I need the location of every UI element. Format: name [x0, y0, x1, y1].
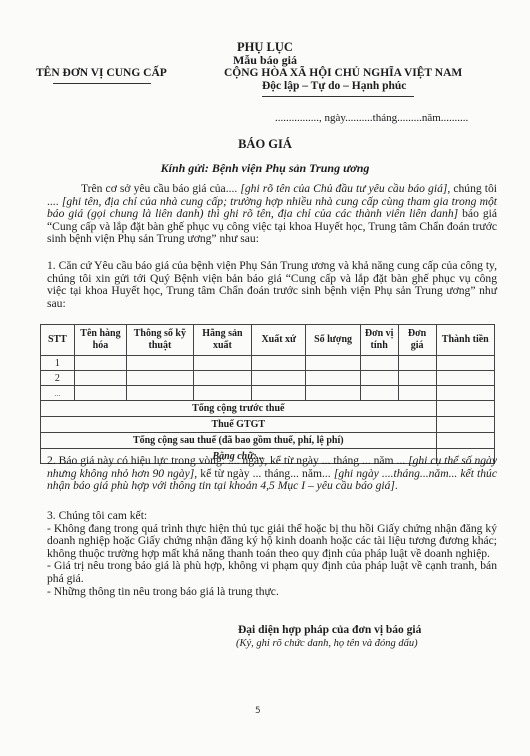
cell — [360, 386, 398, 401]
table-row: 2 — [41, 371, 495, 386]
document-title: BÁO GIÁ — [0, 137, 530, 152]
supplier-unit-label: TÊN ĐƠN VỊ CUNG CẤP — [36, 67, 167, 79]
intro-text-1: Trên cơ sở yêu cầu báo giá của.... — [81, 182, 240, 195]
cell — [252, 371, 306, 386]
date-line: ................, ngày..........tháng...… — [275, 112, 468, 124]
col-header-origin: Xuất xứ — [252, 325, 306, 356]
underline-divider — [53, 83, 151, 84]
validity-text-2: , kể từ ngày ... tháng... năm... — [194, 467, 334, 480]
col-header-item-name: Tên hàng hóa — [74, 325, 126, 356]
total-after-tax-label: Tổng cộng sau thuế (đã bao gồm thuế, phí… — [41, 433, 437, 449]
cell — [360, 371, 398, 386]
commitment-item: - Giá trị nêu trong báo giá là phù hợp, … — [47, 560, 497, 585]
vat-value — [436, 417, 494, 433]
cell — [398, 386, 436, 401]
col-header-manufacturer: Hãng sản xuất — [193, 325, 251, 356]
underline-divider — [262, 96, 414, 97]
recipient-line: Kính gửi: Bệnh viện Phụ sản Trung ương — [0, 161, 530, 176]
page-number: 5 — [255, 706, 261, 716]
signature-note: (Ký, ghi rõ chức danh, họ tên và đóng dấ… — [236, 638, 418, 649]
national-motto: Độc lập – Tự do – Hạnh phúc — [262, 80, 406, 92]
row-stt: ... — [41, 386, 75, 401]
total-after-tax-row: Tổng cộng sau thuế (đã bao gồm thuế, phí… — [41, 433, 495, 449]
cell — [306, 386, 360, 401]
cell — [193, 356, 251, 371]
col-header-stt: STT — [41, 325, 75, 356]
col-header-quantity: Số lượng — [306, 325, 360, 356]
validity-text-3: . — [395, 479, 398, 492]
col-header-unit-price: Đơn giá — [398, 325, 436, 356]
cell — [193, 386, 251, 401]
section-1-paragraph: 1. Căn cứ Yêu cầu báo giá của bệnh viện … — [47, 260, 497, 310]
cell — [252, 386, 306, 401]
intro-paragraph: Trên cơ sở yêu cầu báo giá của.... [ghi … — [47, 183, 497, 246]
cell — [193, 371, 251, 386]
commitments-heading: 3. Chúng tôi cam kết: — [47, 510, 497, 523]
cell — [306, 371, 360, 386]
cell — [252, 356, 306, 371]
row-stt: 1 — [41, 356, 75, 371]
cell — [74, 371, 126, 386]
table-row: 1 — [41, 356, 495, 371]
vat-label: Thuế GTGT — [41, 417, 437, 433]
cell — [74, 386, 126, 401]
total-before-tax-label: Tổng cộng trước thuế — [41, 401, 437, 417]
table-header-row: STT Tên hàng hóa Thông số kỹ thuật Hãng … — [41, 325, 495, 356]
col-header-specs: Thông số kỹ thuật — [127, 325, 194, 356]
intro-placeholder-1: [ghi rõ tên của Chủ đầu tư yêu cầu báo g… — [240, 182, 447, 195]
validity-text-1: 2. Báo giá này có hiệu lực trong vòng: .… — [47, 454, 408, 467]
form-name: Mẫu báo giá — [190, 53, 340, 68]
cell — [127, 356, 194, 371]
total-before-tax-row: Tổng cộng trước thuế — [41, 401, 495, 417]
section-3-commitments: 3. Chúng tôi cam kết: - Không đang trong… — [47, 510, 497, 598]
cell — [398, 356, 436, 371]
cell — [398, 371, 436, 386]
cell — [127, 386, 194, 401]
signature-title: Đại diện hợp pháp của đơn vị báo giá — [238, 624, 421, 636]
col-header-amount: Thành tiền — [436, 325, 494, 356]
commitment-item: - Những thông tin nêu trong báo giá là t… — [47, 586, 497, 599]
col-header-unit: Đơn vị tính — [360, 325, 398, 356]
quote-table: STT Tên hàng hóa Thông số kỹ thuật Hãng … — [40, 324, 495, 464]
vat-row: Thuế GTGT — [41, 417, 495, 433]
total-before-tax-value — [436, 401, 494, 417]
commitment-item: - Không đang trong quá trình thực hiện t… — [47, 523, 497, 561]
cell — [360, 356, 398, 371]
table-row: ... — [41, 386, 495, 401]
cell — [436, 386, 494, 401]
national-title: CỘNG HÒA XÃ HỘI CHỦ NGHĨA VIỆT NAM — [224, 67, 462, 79]
row-stt: 2 — [41, 371, 75, 386]
cell — [127, 371, 194, 386]
intro-placeholder-2: [ghi tên, địa chỉ của nhà cung cấp; trườ… — [47, 195, 497, 221]
section-2-paragraph: 2. Báo giá này có hiệu lực trong vòng: .… — [47, 455, 497, 493]
cell — [436, 371, 494, 386]
cell — [306, 356, 360, 371]
total-after-tax-value — [436, 433, 494, 449]
cell — [74, 356, 126, 371]
cell — [436, 356, 494, 371]
